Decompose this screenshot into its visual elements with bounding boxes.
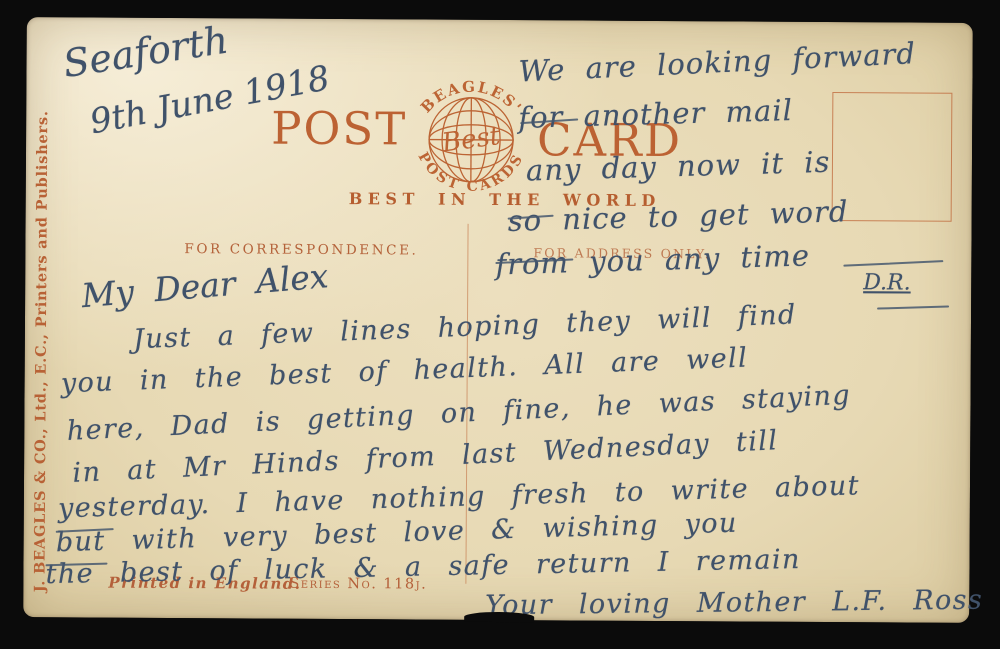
hw-signature: Your loving Mother L.F. Ross (485, 585, 983, 622)
hw-line: for another mail (518, 93, 793, 135)
hw-line: so nice to get word (507, 194, 849, 238)
hw-place: Seaforth (60, 18, 231, 86)
card-edge-notch (464, 612, 534, 622)
hw-line: We are looking forward (518, 36, 917, 88)
handwriting-layer: Seaforth 9th June 1918 We are looking fo… (23, 17, 973, 623)
hw-line: any day now it is (526, 145, 831, 188)
hw-salutation: My Dear Alex (80, 256, 330, 315)
postcard: J. BEAGLES & CO., Ltd., E.C., Printers a… (23, 17, 973, 623)
ink-underline (877, 305, 949, 309)
ink-underline (843, 260, 943, 267)
hw-initials: D.R. (863, 270, 911, 295)
